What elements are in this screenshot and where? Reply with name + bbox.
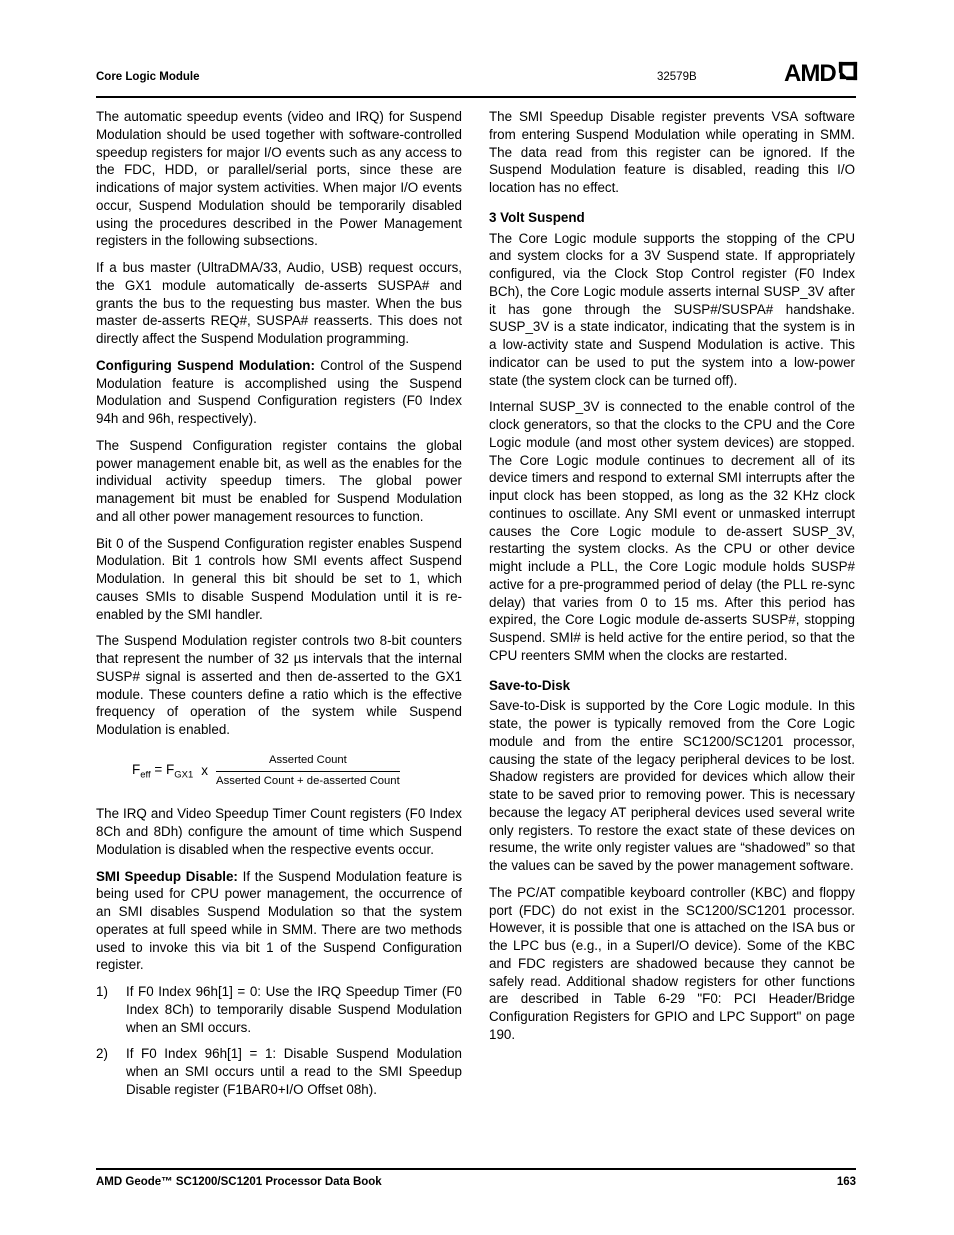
right-column: The SMI Speedup Disable register prevent… [489,108,855,1108]
formula-effective-frequency: Feff = FGX1 x Asserted Count Asserted Co… [132,753,462,790]
subsection-heading-save-to-disk: Save-to-Disk [489,677,855,695]
paragraph: Bit 0 of the Suspend Configuration regis… [96,535,462,624]
list-item-text: If F0 Index 96h[1] = 1: Disable Suspend … [126,1045,462,1098]
amd-logo-text: AMD [784,62,836,86]
paragraph: Internal SUSP_3V is connected to the ena… [489,398,855,664]
paragraph: Configuring Suspend Modulation: Control … [96,357,462,428]
fraction-denominator: Asserted Count + de-asserted Count [216,772,400,790]
header-doc-number: 32579B [657,71,697,83]
page-content: The automatic speedup events (video and … [96,108,856,1108]
amd-logo: AMD [784,61,858,86]
list-item: 1) If F0 Index 96h[1] = 0: Use the IRQ S… [96,983,462,1036]
list-item: 2) If F0 Index 96h[1] = 1: Disable Suspe… [96,1045,462,1098]
amd-arrow-icon [838,61,858,86]
paragraph: The IRQ and Video Speedup Timer Count re… [96,805,462,858]
subsection-heading-3-volt-suspend: 3 Volt Suspend [489,209,855,227]
paragraph: The Suspend Configuration register conta… [96,437,462,526]
paragraph: The automatic speedup events (video and … [96,108,462,250]
footer-rule [96,1168,856,1170]
list-item-number: 2) [96,1045,126,1098]
formula-times: x [201,763,208,779]
document-page: Core Logic Module 32579B AMD The automat… [0,0,954,1235]
paragraph: The Suspend Modulation register controls… [96,632,462,739]
header-section-title: Core Logic Module [96,71,200,83]
list-item-number: 1) [96,983,126,1036]
runin-heading: SMI Speedup Disable: [96,869,238,884]
footer-page-number: 163 [96,1176,856,1188]
list-item-text: If F0 Index 96h[1] = 0: Use the IRQ Spee… [126,983,462,1036]
formula-lhs: Feff = FGX1 [132,762,193,780]
paragraph: Save-to-Disk is supported by the Core Lo… [489,697,855,875]
fraction-numerator: Asserted Count [216,753,400,772]
left-column: The automatic speedup events (video and … [96,108,462,1108]
header-rule [96,96,856,98]
paragraph: SMI Speedup Disable: If the Suspend Modu… [96,868,462,975]
paragraph: If a bus master (UltraDMA/33, Audio, USB… [96,259,462,348]
paragraph-text: If the Suspend Modulation feature is bei… [96,869,462,973]
formula-fraction: Asserted Count Asserted Count + de-asser… [216,753,400,790]
runin-heading: Configuring Suspend Modulation: [96,358,315,373]
paragraph: The PC/AT compatible keyboard controller… [489,884,855,1044]
paragraph: The SMI Speedup Disable register prevent… [489,108,855,197]
paragraph: The Core Logic module supports the stopp… [489,230,855,390]
